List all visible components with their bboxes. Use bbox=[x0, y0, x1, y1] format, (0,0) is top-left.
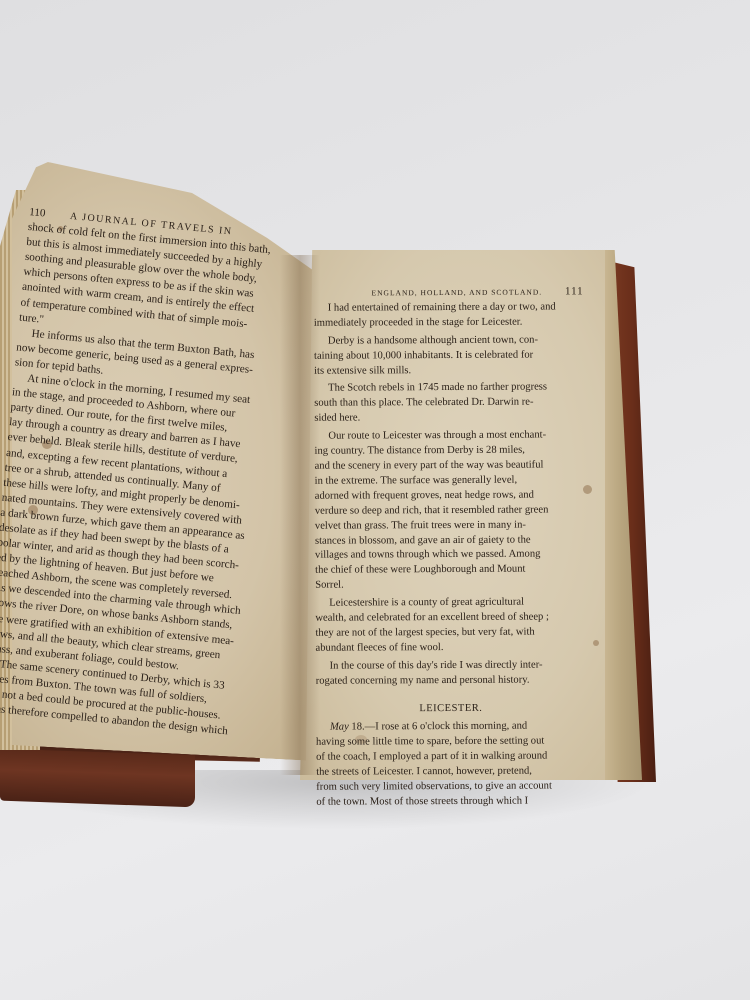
entry-month: May bbox=[330, 722, 349, 733]
text-line: in the extreme. The surface was generall… bbox=[315, 473, 585, 489]
text-line: adorned with frequent groves, neat hedge… bbox=[315, 488, 585, 504]
text-line: the chief of these were Loughborough and… bbox=[315, 563, 585, 579]
paragraph: In the course of this day's ride I was d… bbox=[316, 658, 586, 689]
text-line: I had entertained of remaining there a d… bbox=[314, 300, 584, 316]
paragraph: Our route to Leicester was through a mos… bbox=[314, 428, 585, 593]
entry-line: —I rose at 6 o'clock this morning, and bbox=[365, 721, 528, 733]
left-body-lines: shock of cold felt on the first immersio… bbox=[0, 220, 297, 742]
text-line: villages and towns through which we pass… bbox=[315, 548, 585, 564]
dated-entry: May 18.—I rose at 6 o'clock this morning… bbox=[316, 720, 586, 811]
text-line: sided here. bbox=[314, 411, 584, 427]
entry-line: from such very limited observations, to … bbox=[316, 779, 586, 795]
text-line: ing country. The distance from Derby is … bbox=[314, 443, 584, 459]
entry-line: the streets of Leicester. I cannot, howe… bbox=[316, 764, 586, 780]
foxing-stain bbox=[593, 640, 599, 646]
text-line: In the course of this day's ride I was d… bbox=[316, 658, 586, 674]
paragraph: The Scotch rebels in 1745 made no farthe… bbox=[314, 381, 584, 427]
text-line: abundant fleeces of fine wool. bbox=[315, 640, 585, 656]
text-line: rogated concerning my name and personal … bbox=[316, 673, 586, 689]
right-page-number: 111 bbox=[565, 285, 584, 297]
text-line: south than this place. The celebrated Dr… bbox=[314, 396, 584, 412]
text-line: its extensive silk mills. bbox=[314, 363, 584, 379]
left-page-number: 110 bbox=[29, 206, 46, 219]
text-line: Our route to Leicester was through a mos… bbox=[314, 428, 584, 444]
left-leather-cover bbox=[0, 749, 195, 808]
text-line: stances in blossom, and gave an air of g… bbox=[315, 533, 585, 549]
left-page-text: 110 A JOURNAL OF TRAVELS IN shock of col… bbox=[0, 205, 299, 742]
dated-entry-first-line: May 18.—I rose at 6 o'clock this morning… bbox=[316, 720, 586, 736]
paragraph: Derby is a handsome although ancient tow… bbox=[314, 333, 584, 379]
text-line: immediately proceeded in the stage for L… bbox=[314, 315, 584, 331]
text-line: taining about 10,000 inhabitants. It is … bbox=[314, 348, 584, 364]
photo-scene: 110 A JOURNAL OF TRAVELS IN shock of col… bbox=[0, 0, 750, 1000]
paragraph: I had entertained of remaining there a d… bbox=[314, 300, 584, 331]
right-body-paragraphs: I had entertained of remaining there a d… bbox=[314, 300, 586, 692]
entry-line: of the coach, I employed a part of it in… bbox=[316, 750, 586, 766]
text-line: they are not of the largest species, but… bbox=[315, 625, 585, 641]
text-line: verdure so deep and rich, that it resemb… bbox=[315, 503, 585, 519]
right-running-header: ENGLAND, HOLLAND, AND SCOTLAND. bbox=[372, 288, 543, 298]
text-line: wealth, and celebrated for an excellent … bbox=[315, 610, 585, 626]
text-line: velvet than grass. The fruit trees were … bbox=[315, 518, 585, 534]
text-line: Sorrel. bbox=[315, 578, 585, 594]
entry-day: 18. bbox=[351, 722, 364, 733]
right-running-head: ENGLAND, HOLLAND, AND SCOTLAND. 111 bbox=[314, 284, 584, 301]
paragraph: Leicestershire is a county of great agri… bbox=[315, 595, 585, 656]
right-page-text: ENGLAND, HOLLAND, AND SCOTLAND. 111 I ha… bbox=[314, 284, 587, 810]
entry-line: having some little time to spare, before… bbox=[316, 735, 586, 751]
entry-line: of the town. Most of those streets throu… bbox=[316, 794, 586, 810]
section-heading: LEICESTER. bbox=[316, 701, 586, 717]
text-line: and the scenery in every part of the way… bbox=[315, 458, 585, 474]
text-line: Leicestershire is a county of great agri… bbox=[315, 595, 585, 611]
text-line: Derby is a handsome although ancient tow… bbox=[314, 333, 584, 349]
text-line: The Scotch rebels in 1745 made no farthe… bbox=[314, 381, 584, 397]
